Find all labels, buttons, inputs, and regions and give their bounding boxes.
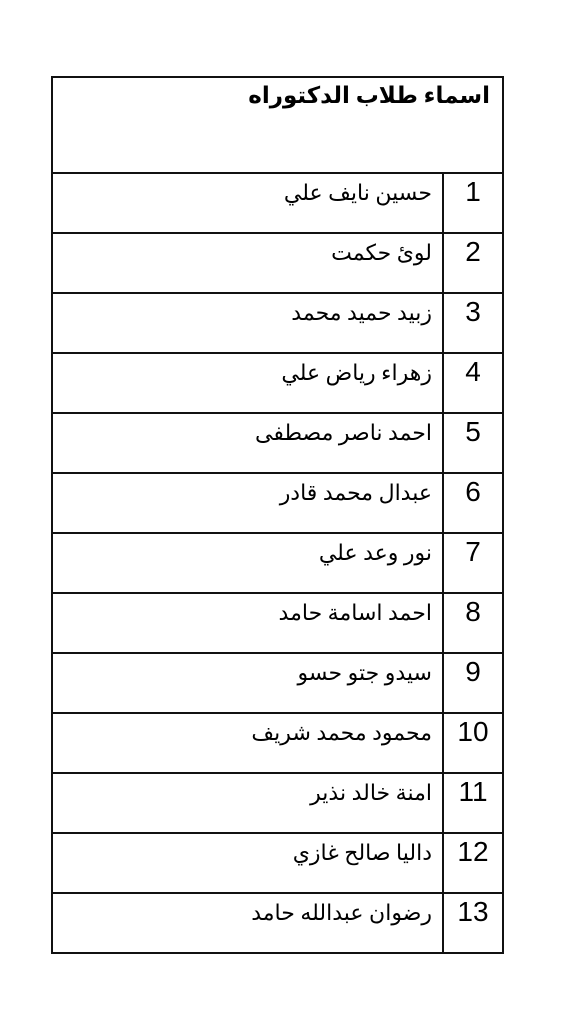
- row-number: 2: [443, 233, 503, 293]
- student-name: زهراء رياض علي: [52, 353, 443, 413]
- table-header-row: اسماء طلاب الدكتوراه: [52, 77, 503, 173]
- row-number: 12: [443, 833, 503, 893]
- row-number: 1: [443, 173, 503, 233]
- student-name: حسين نايف علي: [52, 173, 443, 233]
- document-page: اسماء طلاب الدكتوراه 1 حسين نايف علي 2 ل…: [0, 0, 569, 1024]
- table-row: 13 رضوان عبدالله حامد: [52, 893, 503, 953]
- student-name: زبيد حميد محمد: [52, 293, 443, 353]
- table-row: 9 سيدو جتو حسو: [52, 653, 503, 713]
- table-row: 2 لوئ حكمت: [52, 233, 503, 293]
- row-number: 3: [443, 293, 503, 353]
- table-title: اسماء طلاب الدكتوراه: [52, 77, 503, 173]
- row-number: 13: [443, 893, 503, 953]
- students-table: اسماء طلاب الدكتوراه 1 حسين نايف علي 2 ل…: [51, 76, 504, 954]
- table-row: 4 زهراء رياض علي: [52, 353, 503, 413]
- row-number: 5: [443, 413, 503, 473]
- table-row: 1 حسين نايف علي: [52, 173, 503, 233]
- table-row: 7 نور وعد علي: [52, 533, 503, 593]
- row-number: 7: [443, 533, 503, 593]
- row-number: 6: [443, 473, 503, 533]
- student-name: نور وعد علي: [52, 533, 443, 593]
- student-name: سيدو جتو حسو: [52, 653, 443, 713]
- table-row: 3 زبيد حميد محمد: [52, 293, 503, 353]
- table-row: 11 امنة خالد نذير: [52, 773, 503, 833]
- student-name: رضوان عبدالله حامد: [52, 893, 443, 953]
- student-name: احمد ناصر مصطفى: [52, 413, 443, 473]
- table-row: 8 احمد اسامة حامد: [52, 593, 503, 653]
- student-name: عبدال محمد قادر: [52, 473, 443, 533]
- row-number: 10: [443, 713, 503, 773]
- table-row: 5 احمد ناصر مصطفى: [52, 413, 503, 473]
- student-name: محمود محمد شريف: [52, 713, 443, 773]
- student-name: امنة خالد نذير: [52, 773, 443, 833]
- table-row: 10 محمود محمد شريف: [52, 713, 503, 773]
- row-number: 9: [443, 653, 503, 713]
- student-name: داليا صالح غازي: [52, 833, 443, 893]
- table-row: 12 داليا صالح غازي: [52, 833, 503, 893]
- row-number: 11: [443, 773, 503, 833]
- student-name: لوئ حكمت: [52, 233, 443, 293]
- student-name: احمد اسامة حامد: [52, 593, 443, 653]
- row-number: 4: [443, 353, 503, 413]
- table-row: 6 عبدال محمد قادر: [52, 473, 503, 533]
- row-number: 8: [443, 593, 503, 653]
